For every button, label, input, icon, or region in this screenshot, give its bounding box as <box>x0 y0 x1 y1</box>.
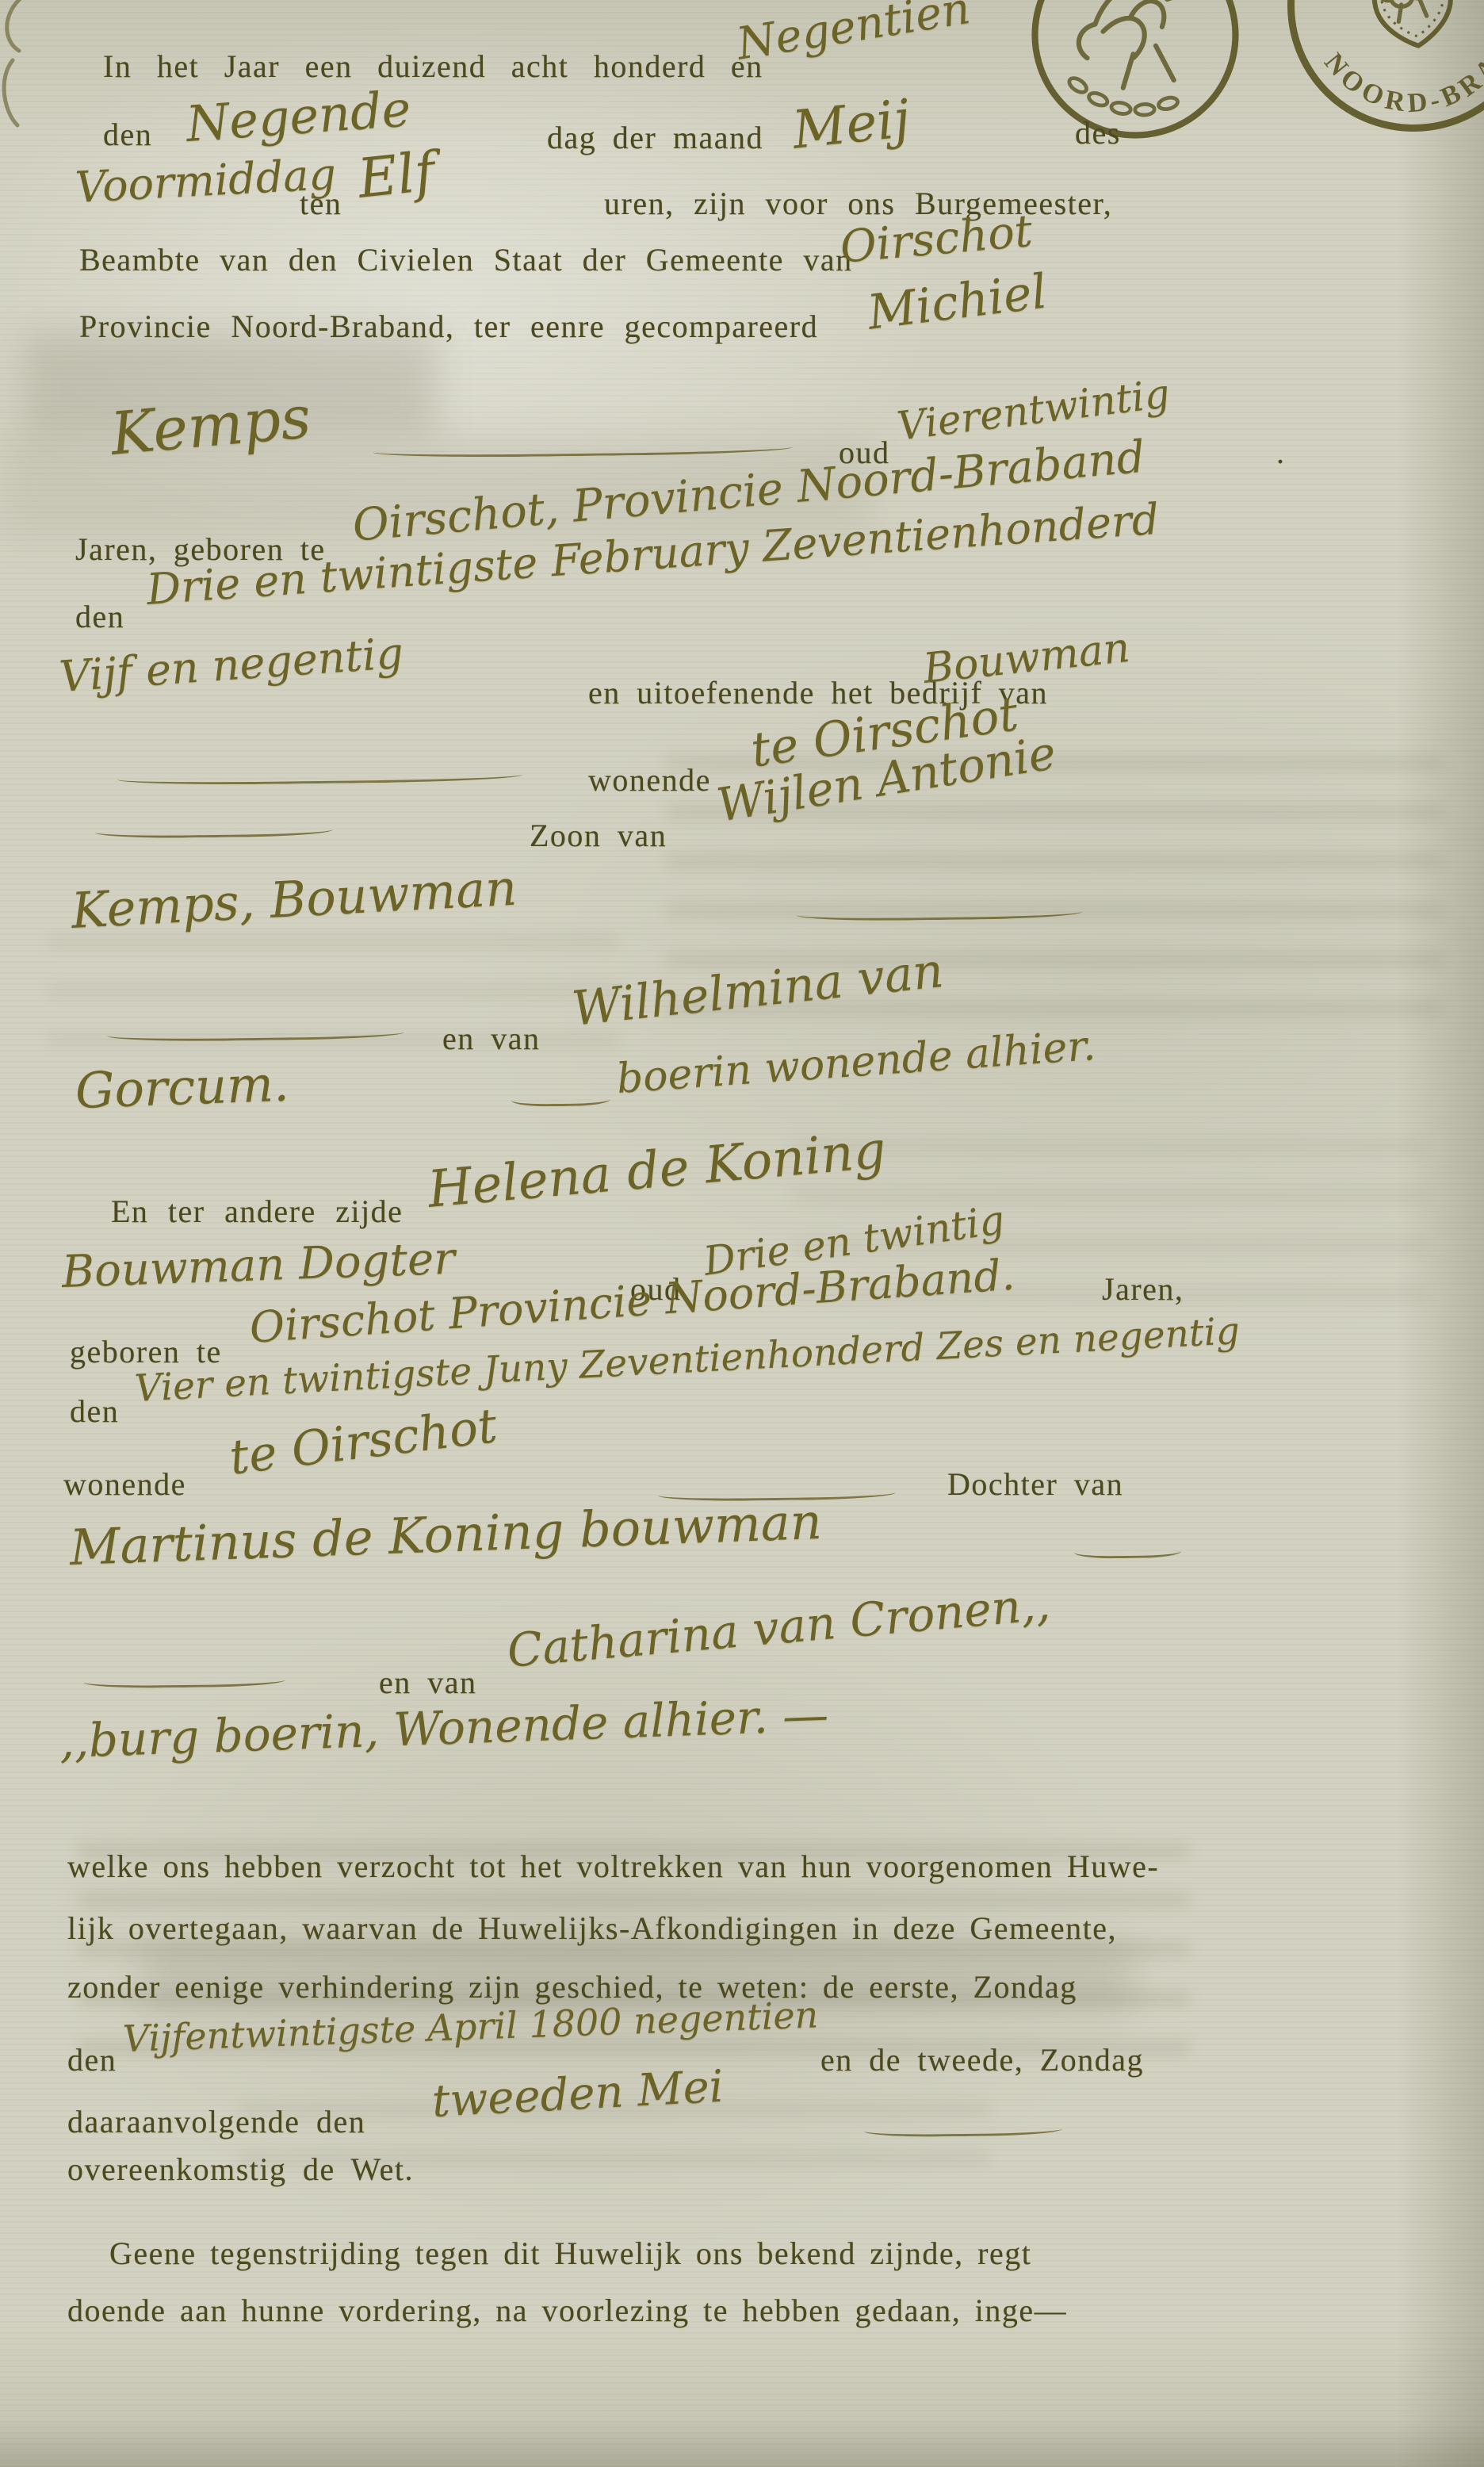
printed-text: Geene tegenstrijding tegen dit Huwelijk … <box>109 2235 1031 2272</box>
printed-text: en de tweede, Zondag <box>820 2041 1144 2078</box>
flourish-dash <box>797 912 1082 921</box>
document-line: Provincie Noord-Braband, ter eenre gecom… <box>0 300 1484 395</box>
printed-text: zonder eenige verhindering zijn geschied… <box>67 1968 1077 2005</box>
printed-text: Zoon van <box>530 817 667 854</box>
printed-text: In het Jaar een duizend acht honderd en <box>103 48 763 85</box>
flourish-dash <box>511 1099 610 1107</box>
flourish-dash <box>864 2128 1062 2137</box>
document-line: Martinus de Koning bouwman <box>0 1519 1484 1614</box>
printed-text: Provincie Noord-Braband, ter eenre gecom… <box>79 308 818 345</box>
flourish-dash <box>1074 1551 1181 1559</box>
document-line: overeenkomstig de Wet. <box>0 2151 1484 2246</box>
printed-text: doende aan hunne vordering, na voorlezin… <box>67 2292 1067 2329</box>
printed-text: Beambte van den Civielen Staat der Gemee… <box>79 241 853 278</box>
document-line: ,,burg boerin, Wonende alhier. — <box>0 1714 1484 1810</box>
printed-text: En ter andere zijde <box>111 1193 403 1230</box>
stamp-right-left-char: 2 <box>1310 0 1331 6</box>
printed-text: en van <box>379 1664 477 1701</box>
printed-text: den <box>103 116 152 153</box>
printed-text: overeenkomstig de Wet. <box>67 2151 414 2188</box>
flourish-dash <box>107 1032 404 1043</box>
printed-text: . <box>1276 434 1286 471</box>
printed-text: des <box>1075 114 1121 151</box>
handwritten-text: Meij <box>790 88 912 161</box>
printed-text: lijk overtegaan, waarvan de Huwelijks-Af… <box>67 1910 1117 1947</box>
handwritten-text: Negentien <box>733 0 973 71</box>
handwritten-text: Elf <box>355 140 438 211</box>
printed-text: daaraanvolgende den <box>67 2103 365 2140</box>
printed-text: ten <box>300 185 342 222</box>
printed-text: den <box>70 1392 119 1430</box>
scanned-marriage-record-page: { "doc": { "lines": [ {"segments":[{"typ… <box>0 0 1484 2467</box>
printed-text: dag der maand <box>547 119 763 156</box>
document-line: Vijf en negentig en uitoefenende het bed… <box>0 650 1484 745</box>
printed-text: uren, zijn voor ons Burgemeester, <box>604 185 1112 222</box>
handwritten-text: Gorcum. <box>75 1055 290 1120</box>
printed-text: welke ons hebben verzocht tot het voltre… <box>67 1848 1159 1885</box>
document-line: doende aan hunne vordering, na voorlezin… <box>0 2292 1484 2387</box>
printed-text: den <box>67 2041 117 2078</box>
flourish-dash <box>95 829 333 839</box>
flourish-dash <box>83 1680 285 1688</box>
printed-text: wonende <box>588 761 711 799</box>
handwritten-text: Kemps <box>108 383 313 469</box>
document-line: Kemps, Bouwman <box>0 882 1484 977</box>
flourish-dash <box>117 775 523 786</box>
printed-text: en van <box>442 1020 541 1057</box>
printed-text: Jaren, <box>1102 1270 1184 1308</box>
page-edge-shadow <box>0 2419 1484 2467</box>
printed-text: Dochter van <box>947 1465 1123 1503</box>
printed-text: den <box>75 598 124 635</box>
flourish-dash <box>373 447 793 458</box>
printed-text: wonende <box>63 1465 186 1503</box>
